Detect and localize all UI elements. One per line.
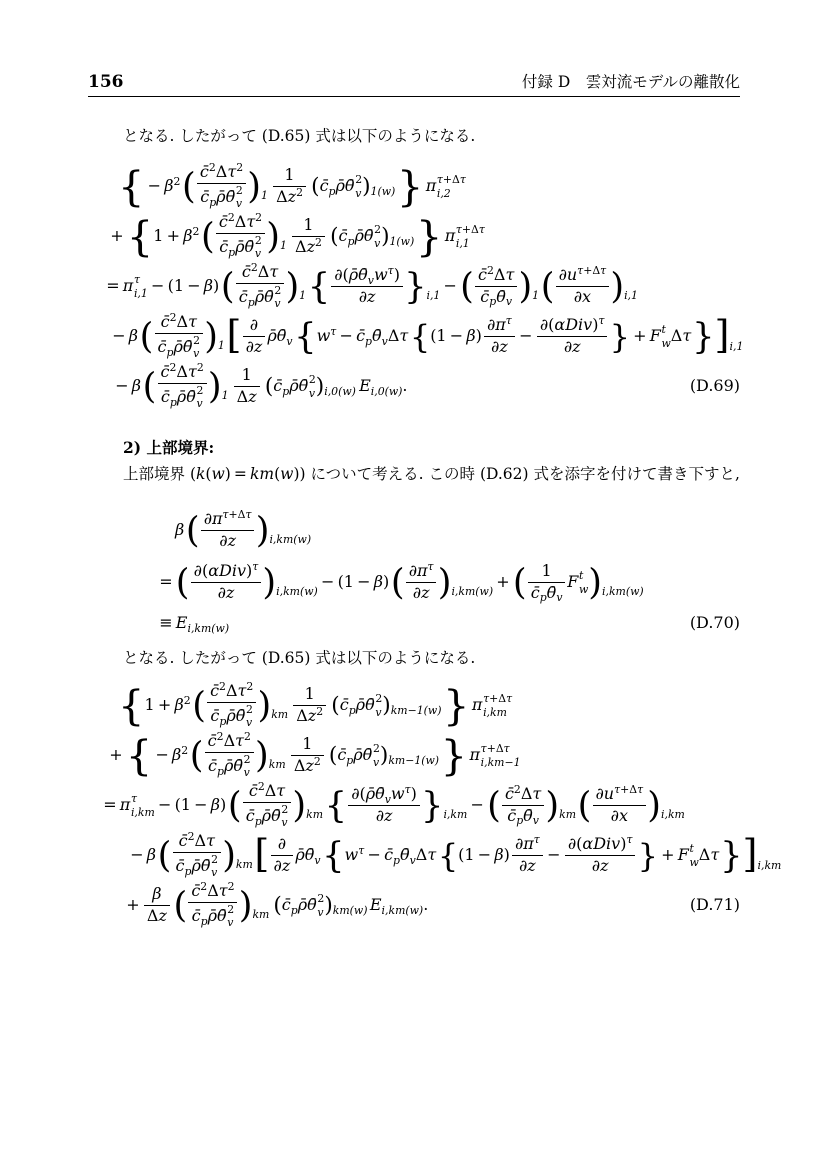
equation-line: =πτi,1−(1−β)(c̄2Δτc̄pρ̄θ̄2v)1{∂(ρ̄θ̄vwτ)… — [100, 261, 740, 311]
paragraph-before-d69: となる. したがって (D.65) 式は以下のようになる. — [123, 126, 740, 147]
equation-line: −β(c̄2Δτ2c̄pρ̄θ̄2v)11Δz(c̄pρ̄θ̄2v)i,0(w)… — [100, 361, 740, 411]
equation-line: =πτi,km−(1−β)(c̄2Δτc̄pρ̄θ̄2v)km{∂(ρ̄θ̄vw… — [100, 780, 740, 830]
equation-line: {−β2(c̄2Δτ2c̄pρ̄θ̄2v)11Δz2(c̄pρ̄θ̄2v)1(w… — [100, 161, 740, 211]
paragraph-text: 上部境界 — [123, 465, 190, 483]
inline-math: (k(w)=km(w)) — [190, 465, 306, 483]
equation-line: +{−β2(c̄2Δτ2c̄pρ̄θ̄2v)km1Δz2(c̄pρ̄θ̄2v)k… — [100, 730, 740, 780]
equation-number: (D.69) — [690, 361, 740, 411]
equation-line: −β(c̄2Δτc̄pρ̄θ̄2v)km[∂∂zρ̄θ̄v{wτ−c̄pθ̄vΔ… — [100, 830, 740, 880]
running-header-title: 付録 D 雲対流モデルの離散化 — [522, 70, 740, 92]
equation-number: (D.70) — [690, 606, 740, 640]
paragraph-upper-boundary: 上部境界 (k(w)=km(w)) について考える. この時 (D.62) 式を… — [123, 464, 740, 485]
page-number: 156 — [88, 72, 124, 92]
paragraph-before-d71: となる. したがって (D.65) 式は以下のようになる. — [123, 648, 740, 669]
equation-line: β(∂πτ+Δτ∂z)i,km(w) — [100, 502, 740, 558]
equation-line: +βΔz(c̄2Δτ2c̄pρ̄θ̄2v)km(c̄pρ̄θ̄2v)km(w)E… — [100, 880, 740, 930]
equation-line: {1+β2(c̄2Δτ2c̄pρ̄θ̄2v)km1Δz2(c̄pρ̄θ̄2v)k… — [100, 680, 740, 730]
equation-d69: {−β2(c̄2Δτ2c̄pρ̄θ̄2v)11Δz2(c̄pρ̄θ̄2v)1(w… — [100, 161, 740, 411]
page-header: 156 付録 D 雲対流モデルの離散化 — [88, 70, 740, 97]
equation-d70: β(∂πτ+Δτ∂z)i,km(w)=(∂(αDiv)τ∂z)i,km(w)−(… — [100, 502, 740, 640]
document-page: 156 付録 D 雲対流モデルの離散化 となる. したがって (D.65) 式は… — [0, 0, 826, 1169]
equation-line: −β(c̄2Δτc̄pρ̄θ̄2v)1[∂∂zρ̄θ̄v{wτ−c̄pθ̄vΔτ… — [100, 311, 740, 361]
section-heading-upper-boundary: 2) 上部境界: — [123, 438, 740, 459]
equation-line: +{1+β2(c̄2Δτ2c̄pρ̄θ̄2v)11Δz2(c̄pρ̄θ̄2v)1… — [100, 211, 740, 261]
header-rule — [88, 96, 740, 97]
paragraph-text: について考える. この時 (D.62) 式を添字を付けて書き下すと, — [306, 465, 740, 483]
equation-number: (D.71) — [690, 880, 740, 930]
equation-d71: {1+β2(c̄2Δτ2c̄pρ̄θ̄2v)km1Δz2(c̄pρ̄θ̄2v)k… — [100, 680, 740, 930]
equation-line: ≡Ei,km(w)(D.70) — [100, 606, 740, 640]
equation-line: =(∂(αDiv)τ∂z)i,km(w)−(1−β)(∂πτ∂z)i,km(w)… — [100, 558, 740, 606]
